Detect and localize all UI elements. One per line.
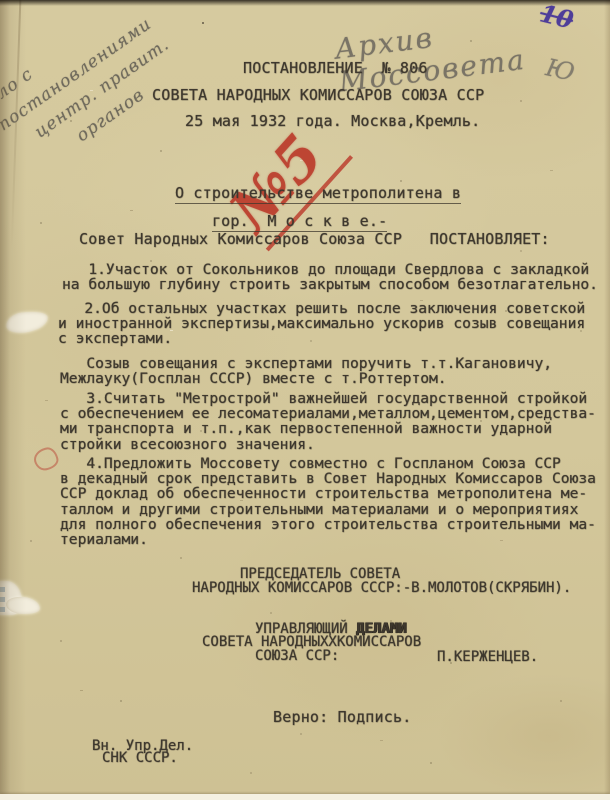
subject-line-2-text: гор. М о с к в е.- [212, 212, 387, 232]
preamble-line: Совет Народных Комиссаров Союза ССР ПОСТ… [79, 230, 550, 248]
paragraph-4: 4.Предложить Моссовету совместно с Госпл… [60, 456, 596, 547]
certification-line: Верно: Подпись. [273, 708, 411, 726]
scan-edge-top [0, 0, 610, 6]
issuing-body-line: СОВЕТА НАРОДНЫХ КОМИССАРОВ СОЮЗА ССР [152, 86, 484, 104]
paragraph-2a: Созыв совещания с экспертами поручить т.… [60, 356, 552, 386]
signature2-role-line3: СОЮЗА ССР: [255, 648, 339, 664]
pencil-letter-mark: Ю [543, 53, 577, 86]
red-pencil-squiggle [32, 445, 61, 472]
scan-edge-left [0, 0, 26, 800]
footer-department-line2: СНК СССР. [102, 750, 178, 766]
signature1-role-line2: НАРОДНЫХ КОМИССАРОВ СССР:-В.МОЛОТОВ(СКРЯ… [192, 580, 571, 596]
scan-edge-bottom [0, 794, 610, 800]
paragraph-2: 2.Об остальных участках решить после зак… [58, 301, 585, 347]
document-page: В дело с постановлениями центр. правит. … [0, 0, 610, 800]
scan-edge-right [604, 0, 610, 800]
resolution-title-line: ПОСТАНОВЛЕНИЕ № 806 [243, 59, 428, 77]
paragraph-3: 3.Считать "Метрострой" важнейшей государ… [60, 391, 596, 452]
date-place-line: 25 мая 1932 года. Москва,Кремль. [185, 112, 480, 130]
paragraph-1: 1.Участок от Сокольников до площади Свер… [62, 262, 598, 292]
signature2-name: П.КЕРЖЕНЦЕВ. [437, 649, 538, 665]
